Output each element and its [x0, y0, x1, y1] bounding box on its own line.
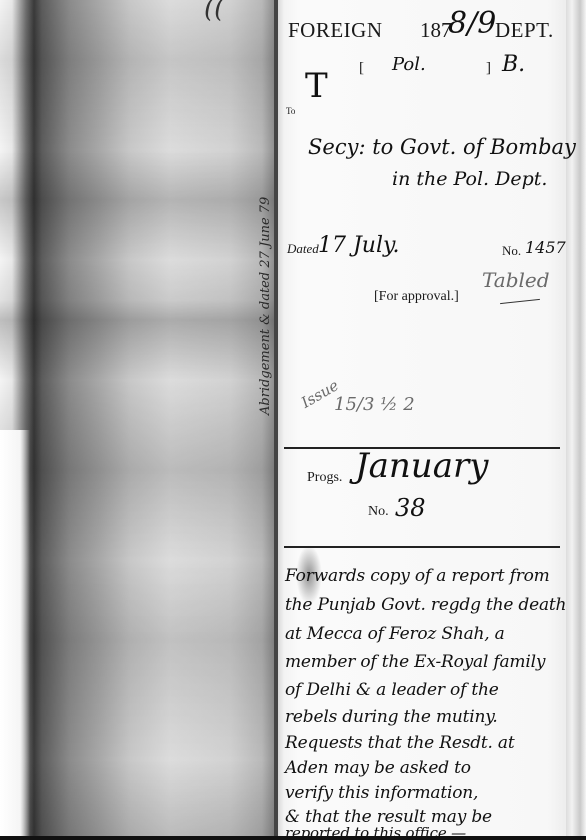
number-value: 1457 — [525, 238, 566, 257]
dated-label: Dated — [287, 241, 319, 257]
memo-line: rebels during the mutiny. — [285, 707, 498, 727]
approval-note: Tabled — [482, 268, 550, 292]
memo-line: at Mecca of Feroz Shah, a — [285, 624, 505, 644]
page-edge-right — [566, 0, 586, 836]
memo-line: Forwards copy of a report from — [285, 566, 550, 586]
memo-line: member of the Ex-Royal family — [285, 652, 545, 672]
branch-suffix: B. — [502, 52, 525, 77]
approval-label: [For approval.] — [374, 289, 459, 305]
margin-vertical-note: Abridgement & dated 27 June 79 — [258, 197, 273, 415]
memo-line: Requests that the Resdt. at — [285, 733, 515, 753]
dated-value: 17 July. — [318, 233, 400, 258]
branch-bracket-close: ] — [486, 60, 491, 77]
branch-bracket-open: [ — [359, 60, 364, 77]
memo-line: reported to this office.— — [285, 824, 466, 840]
progs-month: January — [355, 446, 488, 486]
year-handwritten: 8/9 — [448, 6, 496, 41]
progs-no-label: No. — [368, 504, 389, 520]
number-label: No. — [502, 243, 521, 259]
margin-fraction: 15/3 ½ 2 — [334, 394, 415, 415]
memo-line: of Delhi & a leader of the — [285, 680, 499, 700]
department-prefix: FOREIGN — [288, 18, 383, 43]
left-page-photocopy — [0, 0, 278, 836]
addressee-line-2: in the Pol. Dept. — [392, 168, 547, 190]
memo-line: the Punjab Govt. regdg the death — [285, 595, 566, 615]
addressee-line-1: Secy: to Govt. of Bombay — [308, 135, 576, 159]
progs-bottom-rule — [284, 546, 560, 548]
progs-no-value: 38 — [395, 494, 426, 522]
branch-name: Pol. — [392, 54, 426, 75]
department-suffix: DEPT. — [495, 18, 554, 43]
year-printed: 187 — [420, 18, 452, 43]
corner-mark: (( — [204, 0, 224, 24]
progs-label: Progs. — [307, 470, 342, 486]
memo-line: verify this information, — [285, 783, 478, 803]
to-label: To — [286, 106, 295, 116]
memo-line: Aden may be asked to — [285, 758, 471, 778]
left-page-edge — [0, 430, 30, 836]
docket-mark: T — [305, 66, 328, 106]
